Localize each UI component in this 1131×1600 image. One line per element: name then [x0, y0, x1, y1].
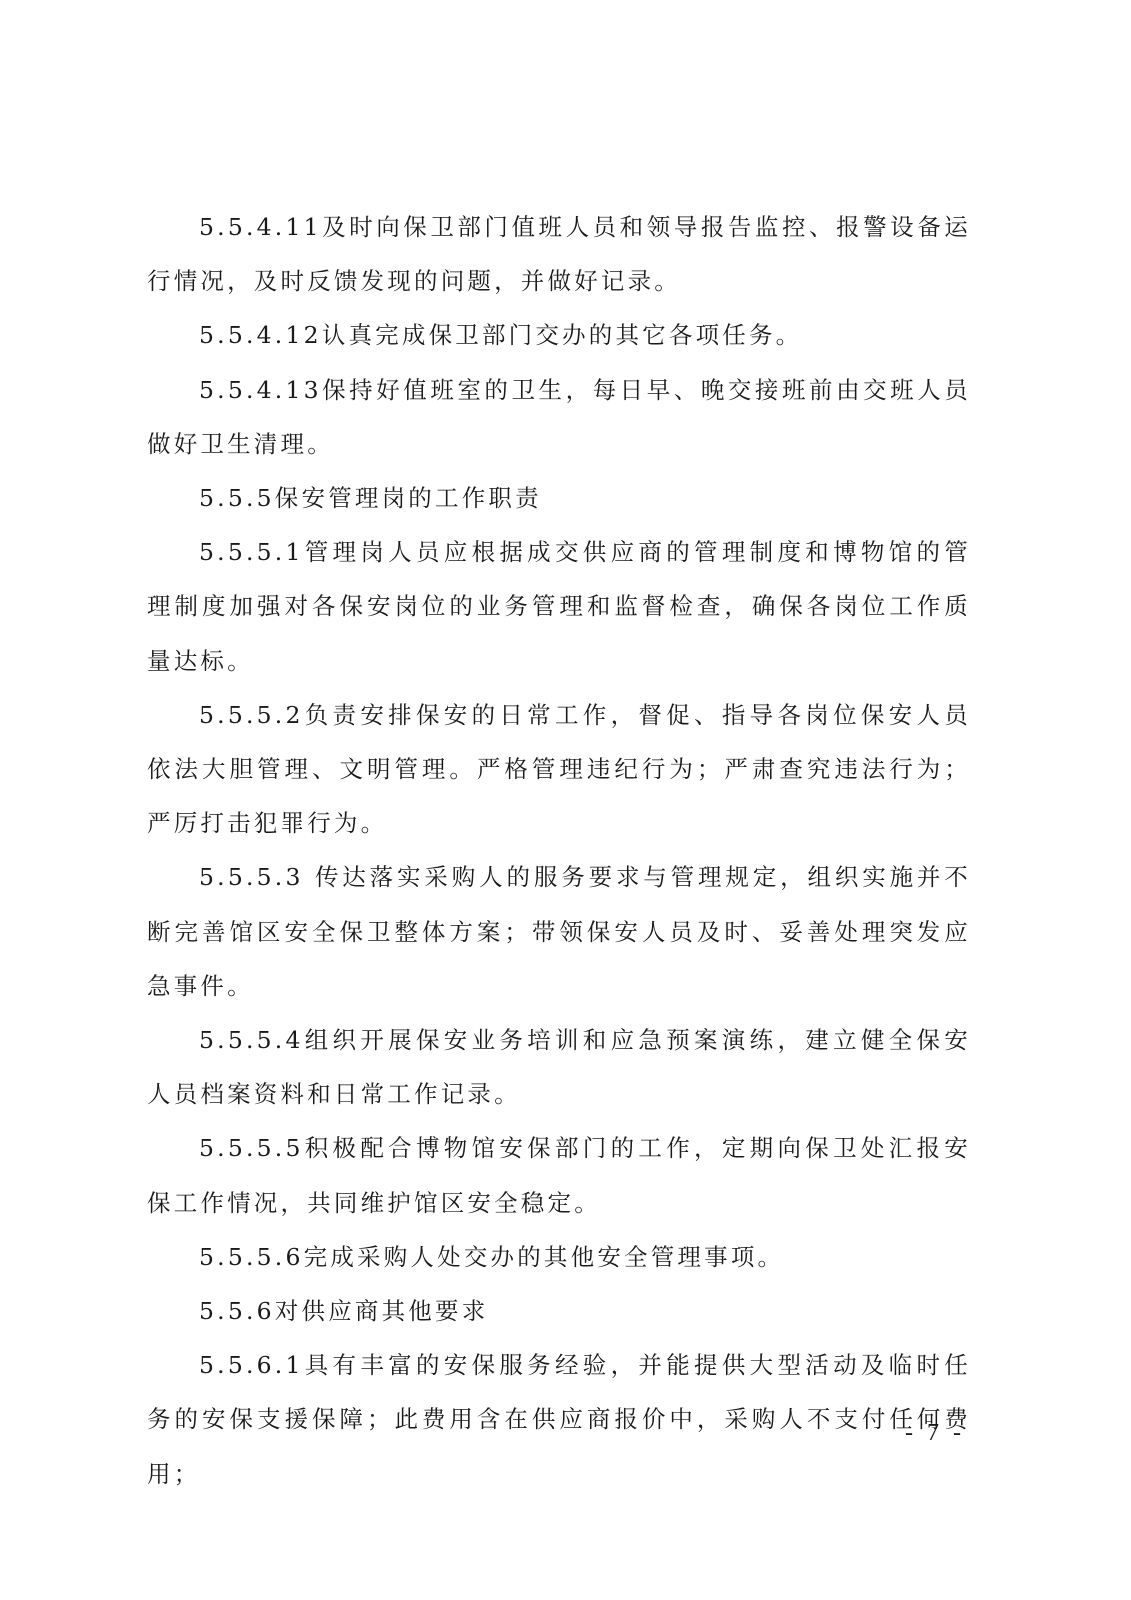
- paragraph-5-5-4-12: 5.5.4.12认真完成保卫部门交办的其它各项任务。: [147, 308, 971, 362]
- paragraph-5-5-5-6: 5.5.5.6完成采购人处交办的其他安全管理事项。: [147, 1230, 971, 1284]
- paragraph-5-5-5-2: 5.5.5.2负责安排保安的日常工作，督促、指导各岗位保安人员依法大胆管理、文明…: [147, 688, 971, 851]
- page-number: - 7 -: [905, 1420, 965, 1447]
- paragraph-5-5-6-1: 5.5.6.1具有丰富的安保服务经验，并能提供大型活动及临时任务的安保支援保障；…: [147, 1338, 971, 1501]
- paragraph-5-5-4-13: 5.5.4.13保持好值班室的卫生，每日早、晚交接班前由交班人员做好卫生清理。: [147, 363, 971, 471]
- paragraph-5-5-5-1: 5.5.5.1管理岗人员应根据成交供应商的管理制度和博物馆的管理制度加强对各保安…: [147, 525, 971, 688]
- paragraph-5-5-5-3: 5.5.5.3 传达落实采购人的服务要求与管理规定，组织实施并不断完善馆区安全保…: [147, 850, 971, 1013]
- document-page: 5.5.4.11及时向保卫部门值班人员和领导报告监控、报警设备运行情况，及时反馈…: [0, 0, 1131, 1600]
- paragraph-5-5-4-11: 5.5.4.11及时向保卫部门值班人员和领导报告监控、报警设备运行情况，及时反馈…: [147, 200, 971, 308]
- section-heading-5-5-5: 5.5.5保安管理岗的工作职责: [147, 471, 971, 525]
- paragraph-5-5-5-4: 5.5.5.4组织开展保安业务培训和应急预案演练，建立健全保安人员档案资料和日常…: [147, 1013, 971, 1121]
- paragraph-5-5-5-5: 5.5.5.5积极配合博物馆安保部门的工作，定期向保卫处汇报安保工作情况，共同维…: [147, 1121, 971, 1229]
- section-heading-5-5-6: 5.5.6对供应商其他要求: [147, 1284, 971, 1338]
- document-body: 5.5.4.11及时向保卫部门值班人员和领导报告监控、报警设备运行情况，及时反馈…: [147, 200, 971, 1501]
